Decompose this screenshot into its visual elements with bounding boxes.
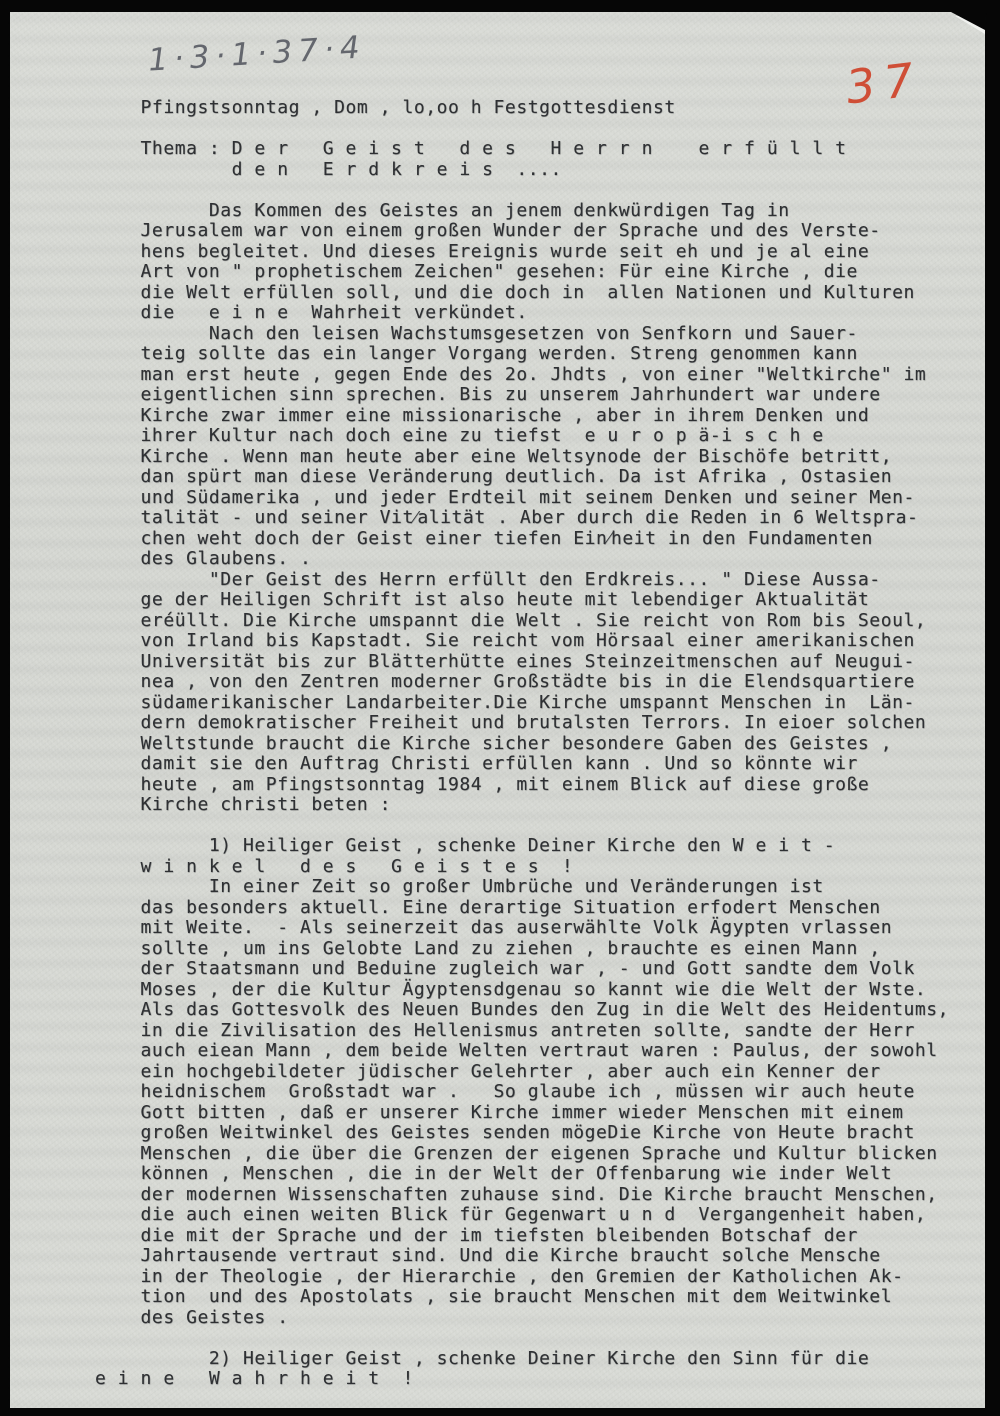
typed-line: der modernen Wissenschaften zuhause sind… (95, 1185, 949, 1206)
typed-line: eigentlichen sinn sprechen. Bis zu unser… (95, 385, 949, 406)
typed-line: talität - und seiner Vit⁄alität . Aber d… (95, 508, 949, 529)
typed-line: d e n E r d k r e i s .... (95, 160, 949, 181)
typed-line (95, 1328, 949, 1349)
scanned-document-page: { "annotations": { "archive_number": "1·… (0, 0, 1000, 1416)
typed-line: Moses , der die Kultur Ägyptensdgenau so… (95, 980, 949, 1001)
typed-line: "Der Geist des Herrn erfüllt den Erdkrei… (95, 570, 949, 591)
typed-line: die mit der Sprache und der im tiefsten … (95, 1226, 949, 1247)
typed-line: e i n e W a h r h e i t ! (95, 1369, 949, 1390)
typed-line: und Südamerika , und jeder Erdteil mit s… (95, 488, 949, 509)
typed-line: Das Kommen des Geistes an jenem denkwürd… (95, 201, 949, 222)
typed-line (95, 816, 949, 837)
typed-line: Pfingstsonntag , Dom , lo,oo h Festgotte… (95, 98, 949, 119)
typed-line (95, 180, 949, 201)
typed-line: die e i n e Wahrheit verkündet. (95, 303, 949, 324)
typed-line: Menschen , die über die Grenzen der eige… (95, 1144, 949, 1165)
typed-line: das besonders aktuell. Eine derartige Si… (95, 898, 949, 919)
typed-line: können , Menschen , die in der Welt der … (95, 1164, 949, 1185)
handwritten-archive-number: 1·3·1·37·4 (147, 29, 367, 78)
typed-line: chen weht doch der Geist einer tiefen Ei… (95, 529, 949, 550)
typed-line: 1) Heiliger Geist , schenke Deiner Kirch… (95, 836, 949, 857)
typed-line: teig sollte das ein langer Vorgang werde… (95, 344, 949, 365)
typed-line (95, 119, 949, 140)
typed-line: w i n k e l d e s G e i s t e s ! (95, 857, 949, 878)
typed-line: des Glaubens. . (95, 549, 949, 570)
typed-line: Kirche . Wenn man heute aber eine Weltsy… (95, 447, 949, 468)
typed-line: hens begleitet. Und dieses Ereignis wurd… (95, 242, 949, 263)
typed-line: dan spürt man diese Veränderung deutlich… (95, 467, 949, 488)
typed-line: Art von " prophetischem Zeichen" gesehen… (95, 262, 949, 283)
typed-line: auch eiean Mann , dem beide Welten vertr… (95, 1041, 949, 1062)
typed-line: heute , am Pfingstsonntag 1984 , mit ein… (95, 775, 949, 796)
typed-line: ge der Heiligen Schrift ist also heute m… (95, 590, 949, 611)
typed-line: Als das Gottesvolk des Neuen Bundes den … (95, 1000, 949, 1021)
typed-line: die Welt erfüllen soll, und die doch in … (95, 283, 949, 304)
typed-line: Nach den leisen Wachstumsgesetzen von Se… (95, 324, 949, 345)
typed-line: Gott bitten , daß er unserer Kirche imme… (95, 1103, 949, 1124)
typed-line: mit Weite. - Als seinerzeit das auserwäh… (95, 918, 949, 939)
typed-line: damit sie den Auftrag Christi erfüllen k… (95, 754, 949, 775)
typed-line: Jahrtausende vertraut sind. Und die Kirc… (95, 1246, 949, 1267)
typed-line: der Staatsmann und Beduine zugleich war … (95, 959, 949, 980)
typed-line: großen Weitwinkel des Geistes senden mög… (95, 1123, 949, 1144)
typed-line: 2) Heiliger Geist , schenke Deiner Kirch… (95, 1349, 949, 1370)
typed-line: ihrer Kultur nach doch eine zu tiefst e … (95, 426, 949, 447)
typed-line: In einer Zeit so großer Umbrüche und Ver… (95, 877, 949, 898)
typed-line: die auch einen weiten Blick für Gegenwar… (95, 1205, 949, 1226)
typewritten-text-block: Pfingstsonntag , Dom , lo,oo h Festgotte… (95, 98, 949, 1390)
typed-line: des Geistes . (95, 1308, 949, 1329)
typed-line: Thema : D e r G e i s t d e s H e r r n … (95, 139, 949, 160)
typed-line: in die Zivilisation des Hellenismus antr… (95, 1021, 949, 1042)
typed-line: Kirche zwar immer eine missionarische , … (95, 406, 949, 427)
typed-line: ein hochgebildeter jüdischer Gelehrter ,… (95, 1062, 949, 1083)
typed-line: südamerikanischer Landarbeiter.Die Kirch… (95, 693, 949, 714)
typed-line: man erst heute , gegen Ende des 2o. Jhdt… (95, 365, 949, 386)
typed-line: sollte , um ins Gelobte Land zu ziehen ,… (95, 939, 949, 960)
typed-line: dern demokratischer Freiheit und brutals… (95, 713, 949, 734)
typed-line: in der Theologie , der Hierarchie , den … (95, 1267, 949, 1288)
typed-line: heidnischem Großstadt war . So glaube ic… (95, 1082, 949, 1103)
typed-line: tion und des Apostolats , sie braucht Me… (95, 1287, 949, 1308)
typed-line: nea , von den Zentren moderner Großstädt… (95, 672, 949, 693)
typed-line: Weltstunde braucht die Kirche sicher bes… (95, 734, 949, 755)
clipped-corner (951, 12, 985, 30)
typed-line: Universität bis zur Blätterhütte eines S… (95, 652, 949, 673)
typed-line: Jerusalem war von einem großen Wunder de… (95, 221, 949, 242)
paper-sheet: 1·3·1·37·4 37 Pfingstsonntag , Dom , lo,… (10, 12, 985, 1408)
typed-line: eréüllt. Die Kirche umspannt die Welt . … (95, 611, 949, 632)
typed-line: von Irland bis Kapstadt. Sie reicht vom … (95, 631, 949, 652)
typed-line: Kirche christi beten : (95, 795, 949, 816)
